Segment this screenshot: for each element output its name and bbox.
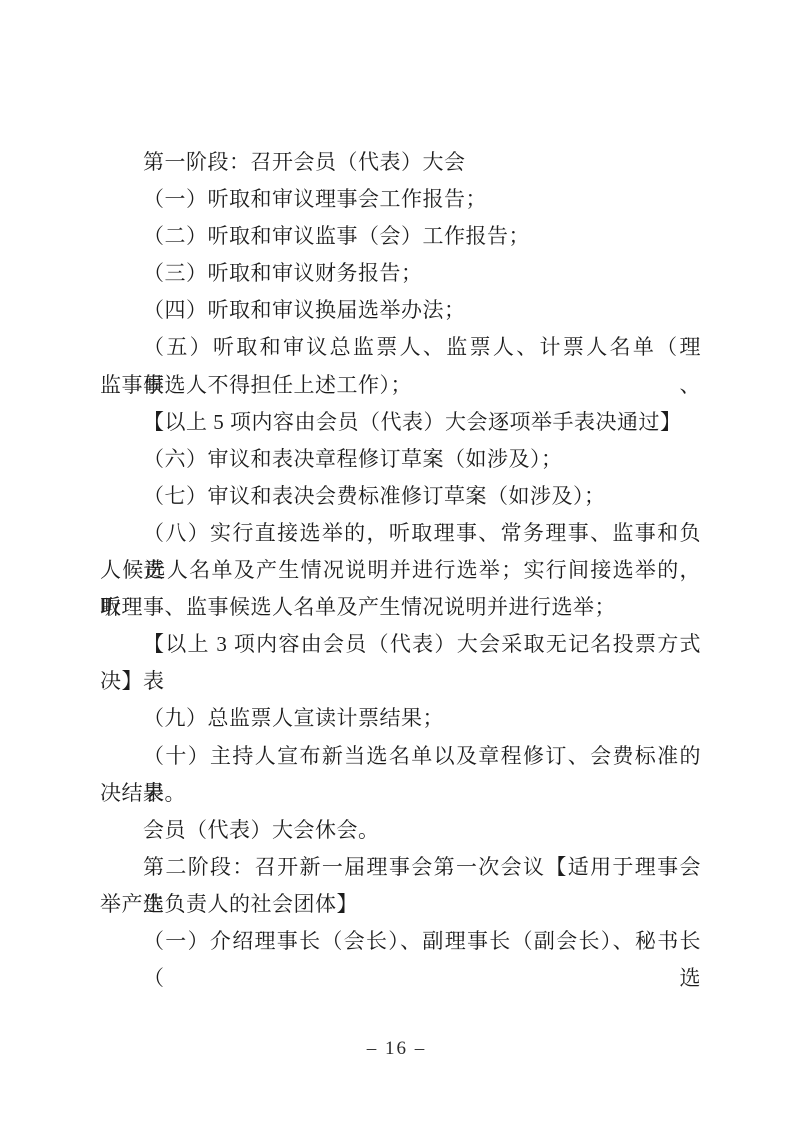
text-line: （六）审议和表决章程修订草案（如涉及）；	[100, 441, 701, 478]
text-line: （四）听取和审议换届选举办法；	[100, 292, 701, 329]
text-line: （七）审议和表决会费标准修订草案（如涉及）；	[100, 478, 701, 515]
text-line: （十）主持人宣布新当选名单以及章程修订、会费标准的表	[100, 738, 701, 775]
page-number: – 16 –	[0, 1038, 793, 1060]
text-line: 会员（代表）大会休会。	[100, 812, 701, 849]
text-line: 第一阶段：召开会员（代表）大会	[100, 144, 701, 181]
text-line: （九）总监票人宣读计票结果；	[100, 700, 701, 737]
text-line: （一）听取和审议理事会工作报告；	[100, 181, 701, 218]
text-line: 决】	[100, 663, 701, 700]
text-line: 第二阶段：召开新一届理事会第一次会议【适用于理事会选	[100, 849, 701, 886]
text-line: 举产生负责人的社会团体】	[100, 886, 701, 923]
text-line: （一）介绍理事长（会长）、副理事长（副会长）、秘书长（选	[100, 923, 701, 960]
document-page: 第一阶段：召开会员（代表）大会（一）听取和审议理事会工作报告；（二）听取和审议监…	[0, 0, 793, 1122]
text-line: （五）听取和审议总监票人、监票人、计票人名单（理事、	[100, 329, 701, 366]
text-line: 【以上 3 项内容由会员（代表）大会采取无记名投票方式表	[100, 626, 701, 663]
text-line: 【以上 5 项内容由会员（代表）大会逐项举手表决通过】	[100, 404, 701, 441]
text-line: （三）听取和审议财务报告；	[100, 255, 701, 292]
text-line: 决结果。	[100, 775, 701, 812]
text-line: 人候选人名单及产生情况说明并进行选举；实行间接选举的，听	[100, 552, 701, 589]
document-body: 第一阶段：召开会员（代表）大会（一）听取和审议理事会工作报告；（二）听取和审议监…	[100, 144, 701, 960]
text-line: （八）实行直接选举的，听取理事、常务理事、监事和负责	[100, 515, 701, 552]
text-line: （二）听取和审议监事（会）工作报告；	[100, 218, 701, 255]
text-line: 取理事、监事候选人名单及产生情况说明并进行选举；	[100, 589, 701, 626]
